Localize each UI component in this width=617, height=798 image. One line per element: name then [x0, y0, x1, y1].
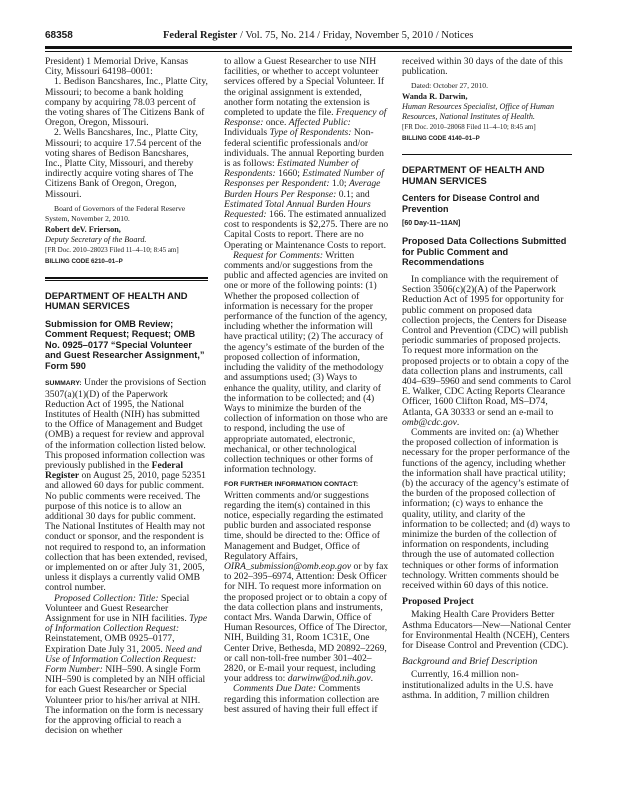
- paragraph: In compliance with the requirement of Se…: [402, 275, 572, 428]
- board-dateline: Board of Governors of the Federal Reserv…: [45, 204, 208, 224]
- paragraph: Comments are invited on: (a) Whether the…: [402, 428, 572, 591]
- paragraph: 2. Wells Bancshares, Inc., Platte City, …: [45, 128, 208, 199]
- paragraph: received within 30 days of the date of t…: [402, 57, 572, 77]
- signer-name: Robert deV. Frierson,: [45, 224, 208, 235]
- proposed-collection-paragraph: Proposed Collection: Title: Special Volu…: [45, 594, 208, 737]
- paragraph: Making Health Care Providers Better Asth…: [402, 610, 572, 651]
- billing-code: BILLING CODE 4140–01–P: [402, 133, 572, 144]
- fr-doc-line: [FR Doc. 2010–28023 Filed 11–4–10; 8:45 …: [45, 245, 208, 256]
- notice-subject: Proposed Data Collections Submitted for …: [402, 236, 572, 268]
- docket-id: [60 Day-11–11AN]: [402, 219, 572, 229]
- fr-doc-line: [FR Doc. 2010–28068 Filed 11–4–10; 8:45 …: [402, 122, 572, 133]
- running-title: Federal Register / Vol. 75, No. 214 / Fr…: [163, 30, 473, 41]
- billing-code: BILLING CODE 6210–01–P: [45, 256, 208, 267]
- request-for-comments-paragraph: Request for Comments: Written comments a…: [224, 251, 389, 475]
- section-rule-thin: [45, 280, 208, 281]
- section-rule-thick: [45, 277, 208, 279]
- contact-label: FOR FURTHER INFORMATION CONTACT:: [224, 481, 358, 488]
- background-heading: Background and Brief Description: [402, 657, 572, 667]
- column-left: President) 1 Memorial Drive, Kansas City…: [45, 57, 208, 736]
- column-middle: to allow a Guest Researcher to use NIH f…: [224, 57, 389, 715]
- page-header: 68358 Federal Register / Vol. 75, No. 21…: [45, 30, 572, 44]
- contact-paragraph: FOR FURTHER INFORMATION CONTACT: Written…: [224, 479, 389, 684]
- notice-subject: Submission for OMB Review; Comment Reque…: [45, 319, 208, 372]
- summary-paragraph: SUMMARY: Under the provisions of Section…: [45, 378, 208, 593]
- proposed-project-heading: Proposed Project: [402, 597, 572, 607]
- header-rule-thick: [45, 46, 572, 49]
- paragraph: 1. Bedison Bancshares, Inc., Platte City…: [45, 77, 208, 128]
- signer-title: Human Resources Specialist, Office of Hu…: [402, 102, 572, 122]
- paragraph: Currently, 16.4 million non-institutiona…: [402, 670, 572, 701]
- summary-label: SUMMARY:: [45, 380, 82, 387]
- document-page: 68358 Federal Register / Vol. 75, No. 21…: [0, 0, 617, 798]
- agency-heading: DEPARTMENT OF HEALTH AND HUMAN SERVICES: [402, 165, 572, 186]
- agency-heading: DEPARTMENT OF HEALTH AND HUMAN SERVICES: [45, 291, 208, 312]
- paragraph: to allow a Guest Researcher to use NIH f…: [224, 57, 389, 251]
- comments-due-paragraph: Comments Due Date: Comments regarding th…: [224, 684, 389, 715]
- dateline: Dated: October 27, 2010.: [402, 81, 572, 91]
- signer-name: Wanda R. Darwin,: [402, 91, 572, 102]
- section-rule: [402, 154, 572, 155]
- signer-title: Deputy Secretary of the Board.: [45, 235, 208, 245]
- subagency-heading: Centers for Disease Control and Preventi…: [402, 193, 572, 214]
- page-number: 68358: [45, 30, 73, 41]
- column-right: received within 30 days of the date of t…: [402, 57, 572, 701]
- publication-name: Federal Register: [163, 30, 237, 41]
- header-rule-thin: [45, 51, 572, 52]
- paragraph: President) 1 Memorial Drive, Kansas City…: [45, 57, 208, 77]
- issue-info: / Vol. 75, No. 214 / Friday, November 5,…: [237, 30, 473, 41]
